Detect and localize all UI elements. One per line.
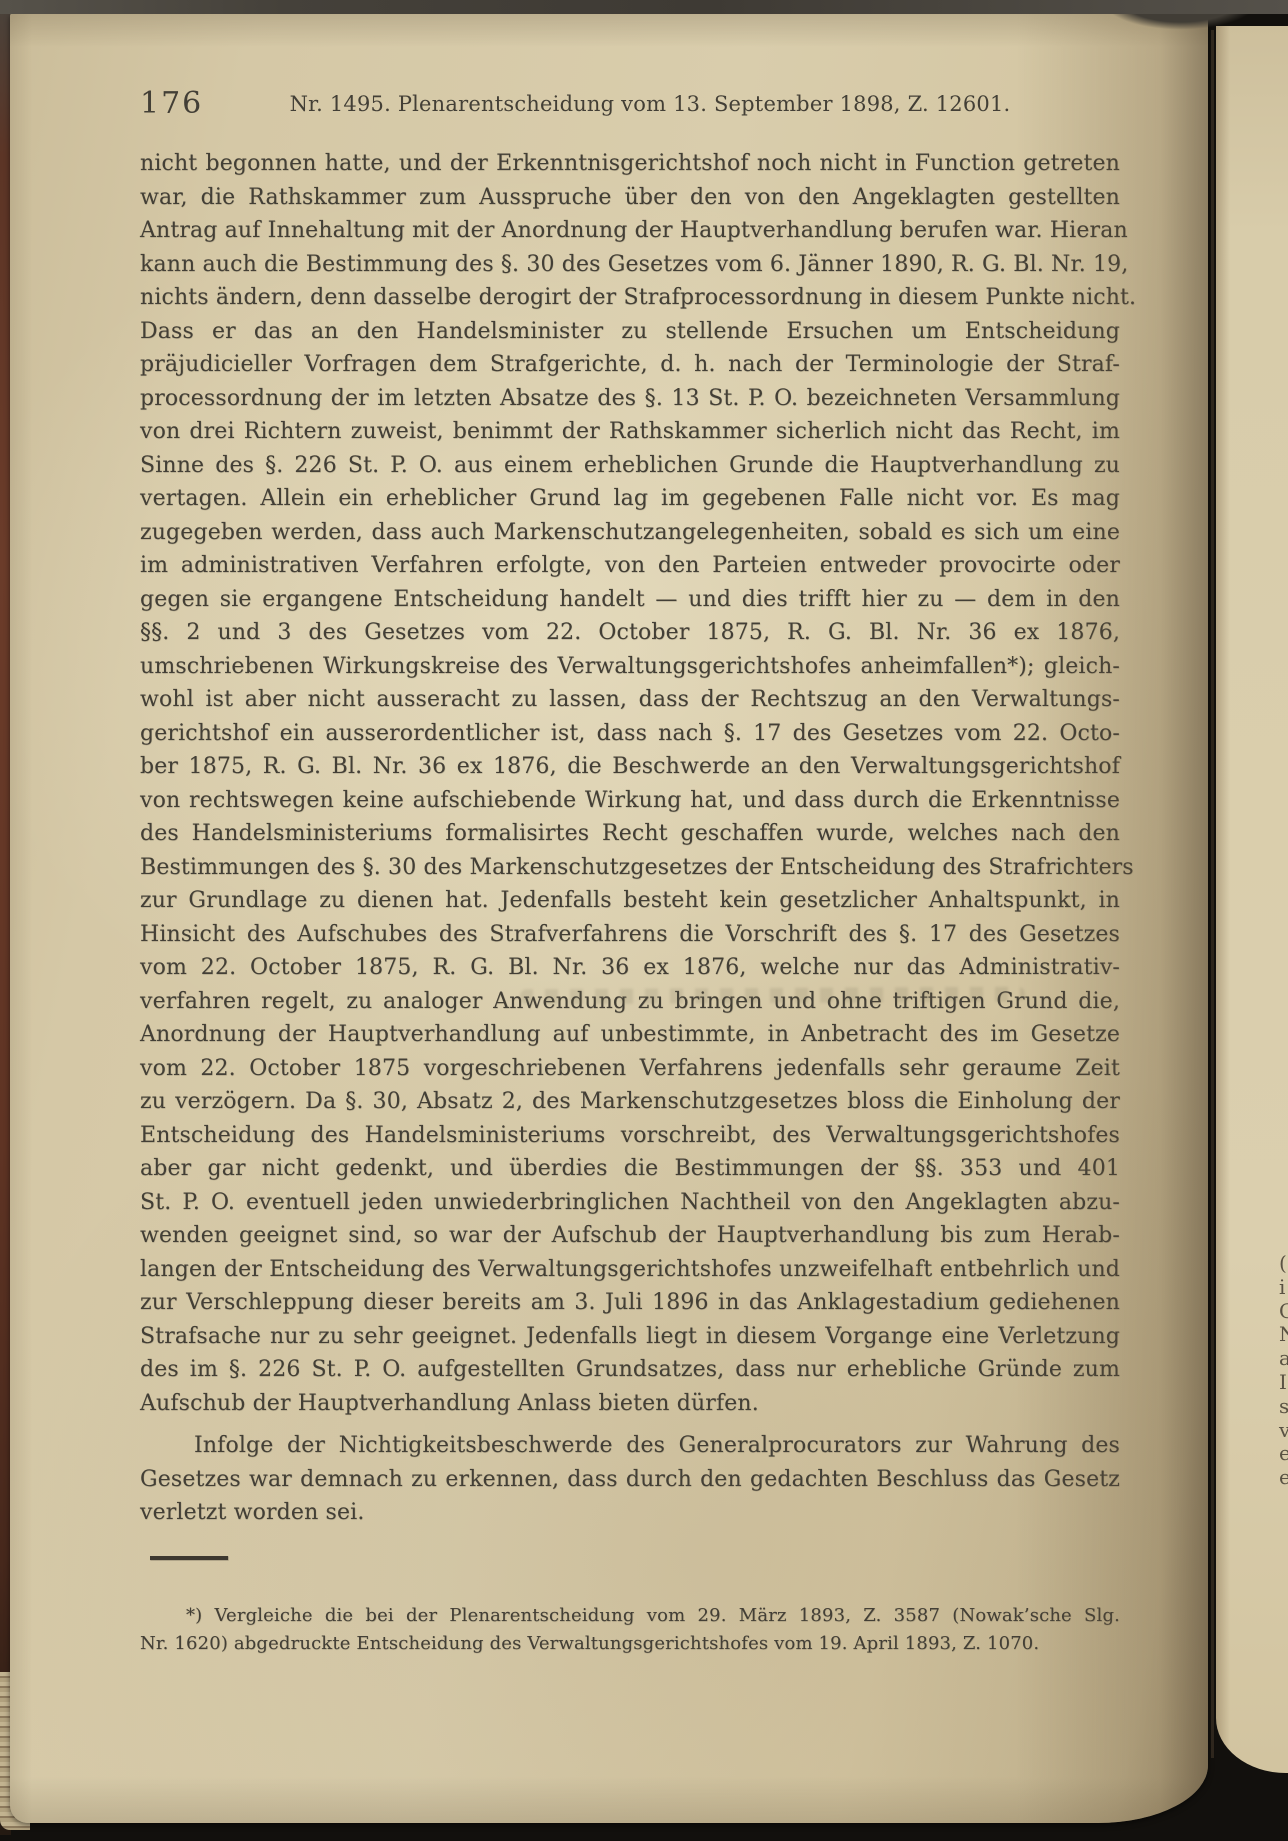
footnote-line: Nr. 1620) abgedruckte Entscheidung des V… [140,1630,1120,1658]
decision-text: nicht begonnen hatte, und der Erkenntnis… [140,147,1120,1530]
cutoff-glyph: e [1279,1442,1288,1466]
text-line: gerichtshof ein ausserordentlicher ist, … [140,717,1120,751]
main-paragraph: nicht begonnen hatte, und der Erkenntnis… [140,147,1120,1420]
cutoff-glyph: I [1279,1371,1288,1395]
closing-paragraph: Infolge der Nichtigkeitsbeschwerde des G… [140,1429,1120,1530]
cutoff-glyph: G [1279,1300,1288,1324]
text-line: gegen sie ergangene Entscheidung handelt… [140,583,1120,617]
text-line: processordnung der im letzten Absatze de… [140,382,1120,416]
text-line: zur Verschleppung dieser bereits am 3. J… [140,1286,1120,1320]
text-line: umschriebenen Wirkungskreise des Verwalt… [140,650,1120,684]
text-line: Sinne des §. 226 St. P. O. aus einem erh… [140,449,1120,483]
footnote: *) Vergleiche die bei der Plenarentschei… [140,1602,1120,1658]
text-line: zu verzögern. Da §. 30, Absatz 2, des Ma… [140,1085,1120,1119]
footnote-separator [150,1556,228,1560]
text-line: von rechtswegen keine aufschiebende Wirk… [140,784,1120,818]
text-line: präjudicieller Vorfragen dem Strafgerich… [140,348,1120,382]
cutoff-glyph: v [1279,1419,1288,1443]
bleed-through-smudge [520,987,1025,1005]
text-line: langen der Entscheidung des Verwaltungsg… [140,1253,1120,1287]
text-line: Anordnung der Hauptverhandlung auf unbes… [140,1018,1120,1052]
text-line: St. P. O. eventuell jeden unwiederbringl… [140,1186,1120,1220]
text-line: zur Grundlage zu dienen hat. Jedenfalls … [140,884,1120,918]
text-line: kann auch die Bestimmung des §. 30 des G… [140,248,1120,282]
page-header: 176 Nr. 1495. Plenarentscheidung vom 13.… [140,87,1120,121]
cutoff-glyph: ( [1279,1252,1288,1276]
text-line: des Handelsministeriums formalisirtes Re… [140,817,1120,851]
footnote-line: *) Vergleiche die bei der Plenarentschei… [140,1602,1120,1630]
text-line: zugegeben werden, dass auch Markenschutz… [140,516,1120,550]
text-line: Gesetzes war demnach zu erkennen, dass d… [140,1463,1120,1497]
text-line: §§. 2 und 3 des Gesetzes vom 22. October… [140,616,1120,650]
text-line: ber 1875, R. G. Bl. Nr. 36 ex 1876, die … [140,750,1120,784]
text-line: war, die Rathskammer zum Ausspruche über… [140,181,1120,215]
text-line: verletzt worden sei. [140,1496,1120,1530]
cutoff-glyph: N [1279,1323,1288,1347]
text-line: Hinsicht des Aufschubes des Strafverfahr… [140,918,1120,952]
text-line: wenden geeignet sind, so war der Aufschu… [140,1219,1120,1253]
text-line: Entscheidung des Handelsministeriums vor… [140,1119,1120,1153]
book-page: 176 Nr. 1495. Plenarentscheidung vom 13.… [10,13,1208,1823]
text-line: wohl ist aber nicht ausseracht zu lassen… [140,683,1120,717]
text-line: aber gar nicht gedenkt, und überdies die… [140,1152,1120,1186]
text-line: im administrativen Verfahren erfolgte, v… [140,549,1120,583]
text-line: Dass er das an den Handelsminister zu st… [140,315,1120,349]
text-line: Aufschub der Hauptverhandlung Anlass bie… [140,1387,1120,1421]
book-scan: 176 Nr. 1495. Plenarentscheidung vom 13.… [0,0,1288,1841]
cutoff-glyph: i [1279,1276,1288,1300]
scan-top-edge [0,0,1288,14]
text-line: Strafsache nur zu sehr geeignet. Jedenfa… [140,1320,1120,1354]
text-line: Bestimmungen des §. 30 des Markenschutzg… [140,851,1120,885]
facing-page-edge [1216,26,1288,1773]
cutoff-glyph: e [1279,1466,1288,1490]
text-line: nicht begonnen hatte, und der Erkenntnis… [140,147,1120,181]
text-line: des im §. 226 St. P. O. aufgestellten Gr… [140,1353,1120,1387]
text-line: vom 22. October 1875, R. G. Bl. Nr. 36 e… [140,951,1120,985]
cutoff-glyph: a [1279,1347,1288,1371]
text-line: nichts ändern, denn dasselbe derogirt de… [140,281,1120,315]
text-line: vom 22. October 1875 vorgeschriebenen Ve… [140,1052,1120,1086]
text-line: Antrag auf Innehaltung mit der Anordnung… [140,214,1120,248]
book-gutter-crease [1211,30,1214,1758]
text-line: von drei Richtern zuweist, benimmt der R… [140,415,1120,449]
text-line: vertagen. Allein ein erheblicher Grund l… [140,482,1120,516]
facing-page-cutoff-text: (iGNaIsvee [1279,1252,1288,1490]
running-header: Nr. 1495. Plenarentscheidung vom 13. Sep… [140,87,1120,121]
cutoff-glyph: s [1279,1395,1288,1419]
text-line: Infolge der Nichtigkeitsbeschwerde des G… [140,1429,1120,1463]
